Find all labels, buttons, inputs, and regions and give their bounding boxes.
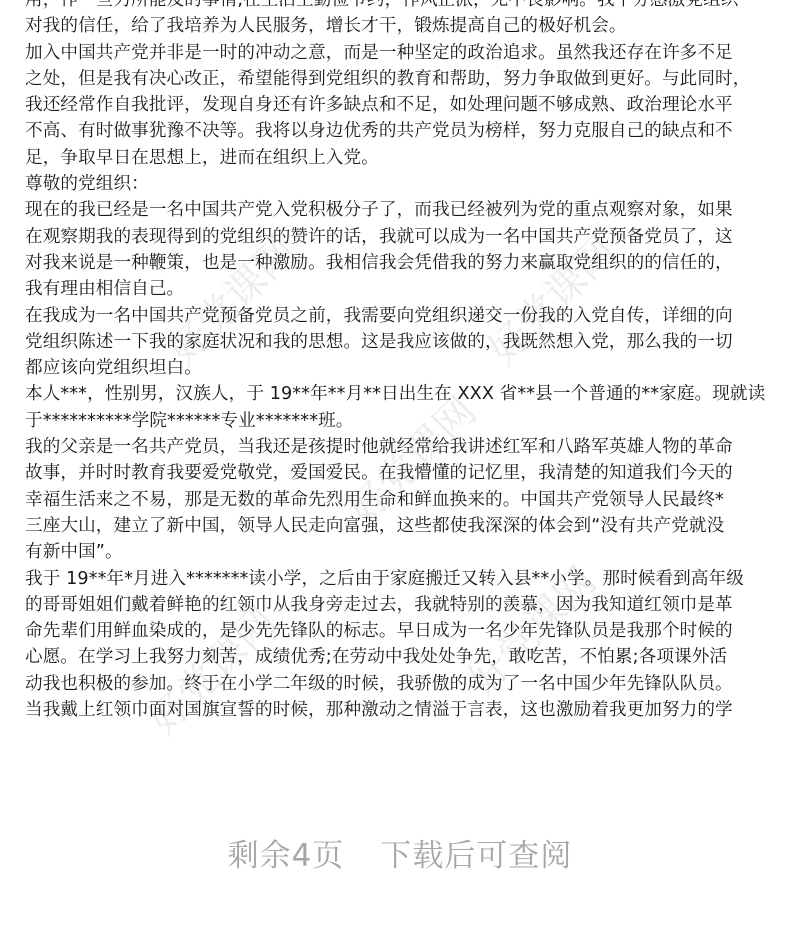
text-line: 对我的信任，给了我培养为人民服务，增长才干，锻炼提高自己的极好机会。 — [25, 13, 785, 39]
text-line: 党组织陈述一下我的家庭状况和我的思想。这是我应该做的，我既然想入党，那么我的一切 — [25, 329, 785, 355]
text-line: 有新中国”。 — [25, 539, 785, 565]
document-body: 用，作一些力所能及的事情,在生活上勤俭节约，作风正派，无不良影响。我十分感激党组… — [25, 0, 785, 723]
text-line: 不高、有时做事犹豫不决等。我将以身边优秀的共产党员为榜样，努力克服自己的缺点和不 — [25, 118, 785, 144]
text-line: 在观察期我的表现得到的党组织的赞许的话，我就可以成为一名中国共产党预备党员了，这 — [25, 224, 785, 250]
document-page: 好党课网 好党课网 好党课网 好党课网 好党课网 用，作一些力所能及的事情,在生… — [0, 0, 800, 930]
text-line: 的哥哥姐姐们戴着鲜艳的红领巾从我身旁走过去，我就特别的羡慕，因为我知道红领巾是革 — [25, 592, 785, 618]
text-line: 我有理由相信自己。 — [25, 276, 785, 302]
text-line: 我于 19**年*月进入*******读小学，之后由于家庭搬迁又转入县**小学。… — [25, 566, 785, 592]
text-line: 故事，并时时教育我要爱党敬党，爱国爱民。在我懵懂的记忆里，我清楚的知道我们今天的 — [25, 460, 785, 486]
text-line: 本人***，性别男，汉族人，于 19**年**月**日出生在 XXX 省**县一… — [25, 381, 785, 407]
text-line: 对我来说是一种鞭策，也是一种激励。我相信我会凭借我的努力来赢取党组织的的信任的， — [25, 250, 785, 276]
text-line: 我的父亲是一名共产党员，当我还是孩提时他就经常给我讲述红军和八路军英雄人物的革命 — [25, 434, 785, 460]
text-line: 于**********学院******专业*******班。 — [25, 408, 785, 434]
text-line: 三座大山，建立了新中国，领导人民走向富强，这些都使我深深的体会到“没有共产党就没 — [25, 513, 785, 539]
remaining-pages-label: 剩余4页 — [228, 838, 345, 874]
text-line: 动我也积极的参加。终于在小学二年级的时候，我骄傲的成为了一名中国少年先锋队队员。 — [25, 671, 785, 697]
download-hint-label: 下载后可查阅 — [380, 838, 572, 874]
text-line: 现在的我已经是一名中国共产党入党积极分子了，而我已经被列为党的重点观察对象，如果 — [25, 197, 785, 223]
text-line: 在我成为一名中国共产党预备党员之前，我需要向党组织递交一份我的入党自传，详细的向 — [25, 303, 785, 329]
text-line: 足，争取早日在思想上，进而在组织上入党。 — [25, 145, 785, 171]
text-line: 都应该向党组织坦白。 — [25, 355, 785, 381]
text-line: 幸福生活来之不易，那是无数的革命先烈用生命和鲜血换来的。中国共产党领导人民最终* — [25, 487, 785, 513]
text-line: 我还经常作自我批评，发现自身还有许多缺点和不足，如处理问题不够成熟、政治理论水平 — [25, 92, 785, 118]
text-line: 之处，但是我有决心改正，希望能得到党组织的教育和帮助，努力争取做到更好。与此同时… — [25, 66, 785, 92]
salutation: 尊敬的党组织： — [25, 171, 785, 197]
download-prompt[interactable]: 剩余4页下载后可查阅 — [0, 830, 800, 875]
text-line: 命先辈们用鲜血染成的，是少先先锋队的标志。早日成为一名少年先锋队员是我那个时候的 — [25, 618, 785, 644]
text-line: 当我戴上红领巾面对国旗宣誓的时候，那种激动之情溢于言表，这也激励着我更加努力的学 — [25, 697, 785, 723]
text-line: 加入中国共产党并非是一时的冲动之意，而是一种坚定的政治追求。虽然我还存在许多不足 — [25, 40, 785, 66]
text-line: 用，作一些力所能及的事情,在生活上勤俭节约，作风正派，无不良影响。我十分感激党组… — [25, 0, 785, 13]
text-line: 心愿。在学习上我努力刻苦，成绩优秀;在劳动中我处处争先，敢吃苦，不怕累;各项课外… — [25, 644, 785, 670]
